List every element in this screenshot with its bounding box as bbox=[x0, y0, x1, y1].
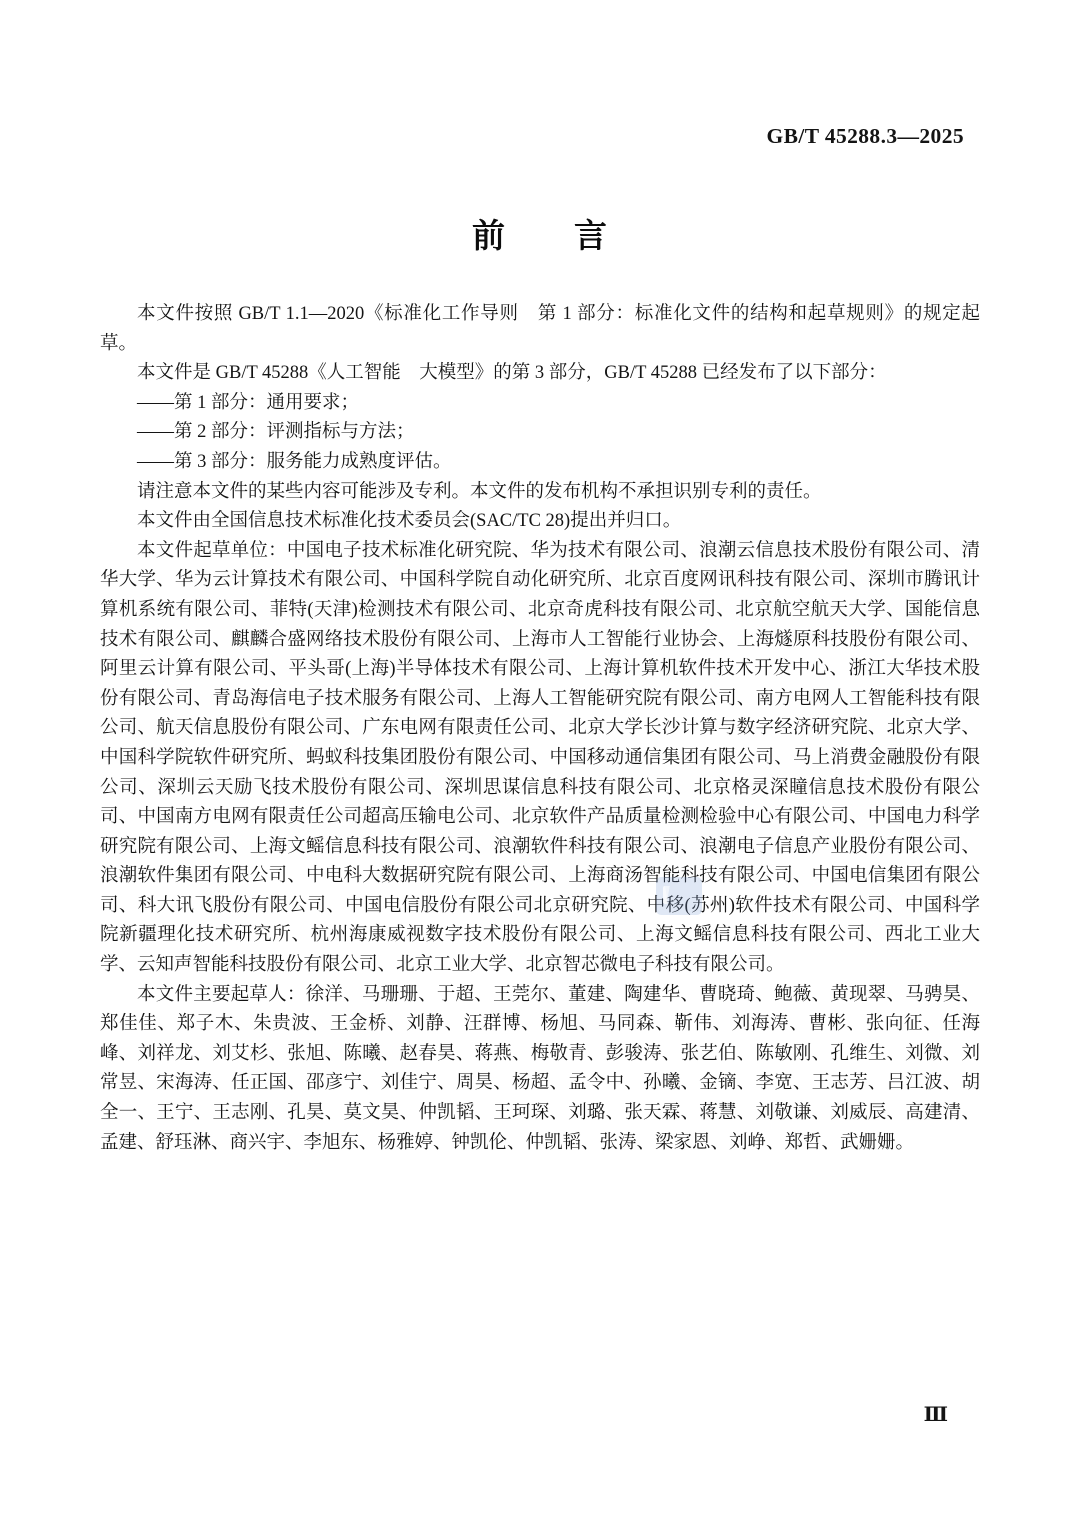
foreword-paragraph-series-intro: 本文件是 GB/T 45288《人工智能 大模型》的第 3 部分，GB/T 45… bbox=[100, 359, 980, 389]
foreword-paragraph-drafters: 本文件主要起草人：徐洋、马珊珊、于超、王莞尔、董建、陶建华、曹晓琦、鲍薇、黄现翠… bbox=[100, 981, 980, 1159]
standard-code: GB/T 45288.3—2025 bbox=[766, 124, 964, 149]
foreword-list-item-part2: ——第 2 部分：评测指标与方法； bbox=[100, 418, 980, 448]
foreword-body: 本文件按照 GB/T 1.1—2020《标准化工作导则 第 1 部分：标准化文件… bbox=[100, 300, 980, 1158]
page-number: Ⅲ bbox=[924, 1402, 948, 1427]
foreword-paragraph-drafting-units: 本文件起草单位：中国电子技术标准化研究院、华为技术有限公司、浪潮云信息技术股份有… bbox=[100, 537, 980, 981]
page-title: 前 言 bbox=[0, 210, 1080, 257]
foreword-list-item-part1: ——第 1 部分：通用要求； bbox=[100, 389, 980, 419]
foreword-paragraph-patent-notice: 请注意本文件的某些内容可能涉及专利。本文件的发布机构不承担识别专利的责任。 bbox=[100, 478, 980, 508]
foreword-paragraph-basis: 本文件按照 GB/T 1.1—2020《标准化工作导则 第 1 部分：标准化文件… bbox=[100, 300, 980, 359]
foreword-paragraph-committee: 本文件由全国信息技术标准化技术委员会(SAC/TC 28)提出并归口。 bbox=[100, 507, 980, 537]
foreword-list-item-part3: ——第 3 部分：服务能力成熟度评估。 bbox=[100, 448, 980, 478]
document-page: GB/T 45288.3—2025 前 言 本文件按照 GB/T 1.1—202… bbox=[0, 0, 1080, 1527]
watermark bbox=[656, 877, 702, 915]
